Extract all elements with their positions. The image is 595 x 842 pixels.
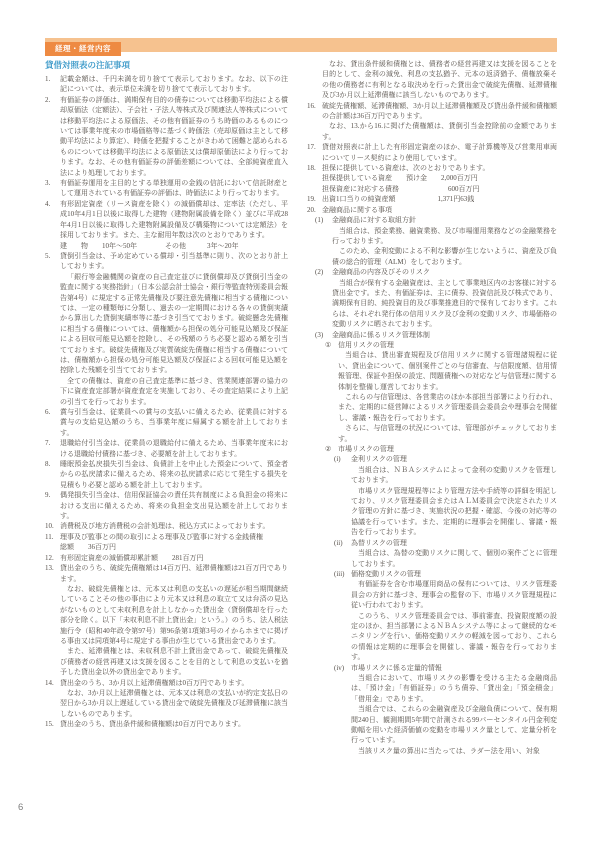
section-tab: 経理・経営内容 bbox=[45, 42, 121, 56]
item-text: 出資1口当りの純資産額 1,371円63銭 bbox=[322, 194, 557, 204]
item-number: (1) bbox=[315, 215, 332, 225]
item-number: 10. bbox=[45, 521, 60, 531]
item-number: 17. bbox=[307, 142, 322, 163]
note-paragraph: 16.破綻先債権額、延滞債権額、3か月以上延滞債権額及び貸出条件緩和債権額の合計… bbox=[307, 101, 557, 122]
item-text: 価格変動リスクの管理 bbox=[351, 569, 557, 579]
note-paragraph: 19.出資1口当りの純資産額 1,371円63銭 bbox=[307, 194, 557, 204]
item-number: ① bbox=[325, 340, 338, 350]
item-number: 5. bbox=[45, 251, 60, 272]
item-number: 2. bbox=[45, 95, 60, 178]
note-paragraph: 1.記載金額は、千円未満を切り捨てて表示しております。なお、以下の注記については… bbox=[45, 74, 288, 95]
item-text: 金融商品の内容及びそのリスク bbox=[332, 267, 557, 277]
report-page: 経理・経営内容 貸借対照表の注記事項 1.記載金額は、千円未満を切り捨てて表示し… bbox=[0, 0, 595, 842]
item-number: 8. bbox=[45, 459, 60, 490]
note-paragraph: 当組合は、為替の変動リスクに関して、個別の案件ごとに管理しております。 bbox=[307, 548, 557, 569]
note-paragraph: 有価証券を含む市場運用商品の保有については、リスク管理委員会の方針に基づき、理事… bbox=[307, 579, 557, 610]
note-paragraph: 当組合において、市場リスクの影響を受ける主たる金融商品は、「預け金」「有価証券」… bbox=[307, 673, 557, 704]
note-paragraph: 当組合では、これらの金融資産及び金融負債について、保有期間240日、観測期間5年… bbox=[307, 704, 557, 746]
note-paragraph: 総額 36百万円 bbox=[45, 542, 288, 552]
note-paragraph: 5.貸倒引当金は、予め定めている償却・引当基準に則り、次のとおり計上しております… bbox=[45, 251, 288, 272]
note-paragraph: (i)金利リスクの管理 bbox=[307, 454, 557, 464]
page-number: 6 bbox=[18, 802, 23, 813]
item-text: 偶発損失引当金は、信用保証協会の責任共有制度による負担金の将来における支出に備え… bbox=[60, 490, 288, 521]
item-text: 貸出金のうち、3か月以上延滞債権額は0百万円であります。 bbox=[60, 678, 288, 688]
item-text: 睡眠預金払戻損失引当金は、負債計上を中止した預金について、預金者からの払戻請求に… bbox=[60, 459, 288, 490]
note-paragraph: ②市場リスクの管理 bbox=[307, 444, 557, 454]
note-paragraph: 6.賞与引当金は、従業員への賞与の支払いに備えるため、従業員に対する賞与の支給見… bbox=[45, 407, 288, 438]
item-number: (ii) bbox=[334, 538, 351, 548]
note-paragraph: 10.消費税及び地方消費税の会計処理は、税込方式によっております。 bbox=[45, 521, 288, 531]
item-text: 賞与引当金は、従業員への賞与の支払いに備えるため、従業員に対する賞与の支給見込額… bbox=[60, 407, 288, 438]
item-text: 担保に提供している資産は、次のとおりであります。 bbox=[322, 163, 557, 173]
note-paragraph: なお、13.から16.に掲げた債権額は、貸倒引当金控除前の金額であります。 bbox=[307, 121, 557, 142]
section-heading: 貸借対照表の注記事項 bbox=[45, 59, 288, 71]
note-paragraph: 市場リスク管理規程等により管理方法や手続等の詳細を明記しており、リスク管理委員会… bbox=[307, 486, 557, 538]
note-paragraph: (1)金融商品に対する取組方針 bbox=[307, 215, 557, 225]
item-number: 1. bbox=[45, 74, 60, 95]
item-text: 有価証券の評価は、満期保有目的の債券については移動平均法による償却原価法（定額法… bbox=[60, 95, 288, 178]
note-paragraph: 9.偶発損失引当金は、信用保証協会の責任共有制度による負担金の将来における支出に… bbox=[45, 490, 288, 521]
item-text: 理事及び監事との間の取引による理事及び監事に対する金銭債権 bbox=[60, 532, 288, 542]
item-number: 14. bbox=[45, 678, 60, 688]
item-number: 16. bbox=[307, 101, 322, 122]
item-text: 金融商品に係るリスク管理体制 bbox=[332, 330, 557, 340]
note-paragraph: 当組合は、貸出審査規程及び信用リスクに関する管理諸規程に従い、貸出金について、個… bbox=[307, 350, 557, 392]
note-paragraph: (iii)価格変動リスクの管理 bbox=[307, 569, 557, 579]
item-number: (i) bbox=[334, 454, 351, 464]
note-paragraph: なお、貸出条件緩和債権とは、債務者の経営再建又は支援を図ることを目的として、金利… bbox=[307, 59, 557, 101]
item-number: 4. bbox=[45, 199, 60, 241]
note-paragraph: 7.退職給付引当金は、従業員の退職給付に備えるため、当事業年度末における退職給付… bbox=[45, 438, 288, 459]
item-text: 金利リスクの管理 bbox=[351, 454, 557, 464]
note-paragraph: なお、破綻先債権とは、元本又は利息の支払いの遅延が相当期間継続していることその他… bbox=[45, 584, 288, 646]
item-text: 市場リスクに係る定量的情報 bbox=[351, 663, 557, 673]
note-paragraph: 担保資産に対応する債務 600百万円 bbox=[307, 184, 557, 194]
item-number: 18. bbox=[307, 163, 322, 173]
note-paragraph: (ii)為替リスクの管理 bbox=[307, 538, 557, 548]
item-number: 12. bbox=[45, 553, 60, 563]
note-paragraph: 4.有形固定資産（リース資産を除く）の減価償却は、定率法（ただし、平成10年4月… bbox=[45, 199, 288, 241]
item-number: 11. bbox=[45, 532, 60, 542]
item-text: 記載金額は、千円未満を切り捨てて表示しております。なお、以下の注記については、表… bbox=[60, 74, 288, 95]
note-paragraph: 20.金融商品に関する事項 bbox=[307, 205, 557, 215]
note-paragraph: 14.貸出金のうち、3か月以上延滞債権額は0百万円であります。 bbox=[45, 678, 288, 688]
note-paragraph: 担保提供している資産 預け金 2,000百万円 bbox=[307, 173, 557, 183]
item-text: 有形固定資産の減価償却累計額 281百万円 bbox=[60, 553, 288, 563]
item-number: (iii) bbox=[334, 569, 351, 579]
note-paragraph: (iv)市場リスクに係る定量的情報 bbox=[307, 663, 557, 673]
note-paragraph: 「銀行等金融機関の資産の自己査定並びに貸倒償却及び貸倒引当金の監査に関する実務指… bbox=[45, 272, 288, 376]
item-number: 6. bbox=[45, 407, 60, 438]
note-paragraph: 建 物 10年～50年 その他 3年～20年 bbox=[45, 241, 288, 251]
item-number: (iv) bbox=[334, 663, 351, 673]
note-paragraph: 当組合が保有する金融資産は、主として事業地区内のお客様に対する貸出金です。また、… bbox=[307, 278, 557, 330]
note-paragraph: 15.貸出金のうち、貸出条件緩和債権額は0百万円であります。 bbox=[45, 719, 288, 729]
note-paragraph: 当組合は、ＮＢＡシステムによって金利の変動リスクを管理しております。 bbox=[307, 465, 557, 486]
note-paragraph: このうち、リスク管理委員会では、事前審査、投資限度額の設定のほか、担当部署による… bbox=[307, 611, 557, 663]
item-text: 貸倒引当金は、予め定めている償却・引当基準に則り、次のとおり計上しております。 bbox=[60, 251, 288, 272]
note-paragraph: 当組合は、預金業務、融資業務、及び市場運用業務などの金融業務を行っております。 bbox=[307, 226, 557, 247]
item-text: 金融商品に関する事項 bbox=[322, 205, 557, 215]
note-paragraph: (3)金融商品に係るリスク管理体制 bbox=[307, 330, 557, 340]
note-paragraph: ①信用リスクの管理 bbox=[307, 340, 557, 350]
left-column: 貸借対照表の注記事項 1.記載金額は、千円未満を切り捨てて表示しております。なお… bbox=[45, 59, 288, 822]
note-paragraph: 8.睡眠預金払戻損失引当金は、負債計上を中止した預金について、預金者からの払戻請… bbox=[45, 459, 288, 490]
note-paragraph: 11.理事及び監事との間の取引による理事及び監事に対する金銭債権 bbox=[45, 532, 288, 542]
note-paragraph: このため、金利変動による不利な影響が生じないように、資産及び負債の総合的管理（A… bbox=[307, 246, 557, 267]
item-number: 15. bbox=[45, 719, 60, 729]
item-text: 信用リスクの管理 bbox=[338, 340, 557, 350]
note-paragraph: (2)金融商品の内容及びそのリスク bbox=[307, 267, 557, 277]
item-number: ② bbox=[325, 444, 338, 454]
note-paragraph: 2.有価証券の評価は、満期保有目的の債券については移動平均法による償却原価法（定… bbox=[45, 95, 288, 178]
note-paragraph: 17.貸借対照表に計上した有形固定資産のほか、電子計算機等及び営業用車両について… bbox=[307, 142, 557, 163]
item-text: 破綻先債権額、延滞債権額、3か月以上延滞債権額及び貸出条件緩和債権額の合計額は3… bbox=[322, 101, 557, 122]
item-number: (2) bbox=[315, 267, 332, 277]
item-text: 貸借対照表に計上した有形固定資産のほか、電子計算機等及び営業用車両についてリース… bbox=[322, 142, 557, 163]
note-paragraph: 13.貸出金のうち、破綻先債権額は14百万円、延滞債権額は21百万円であります。 bbox=[45, 563, 288, 584]
item-text: 市場リスクの管理 bbox=[338, 444, 557, 454]
item-text: 有価証券運用を主目的とする単独運用の金銭の信託において信託財産として運用されてい… bbox=[60, 178, 288, 199]
page-content: 貸借対照表の注記事項 1.記載金額は、千円未満を切り捨てて表示しております。なお… bbox=[45, 59, 557, 822]
right-column: なお、貸出条件緩和債権とは、債務者の経営再建又は支援を図ることを目的として、金利… bbox=[307, 59, 557, 822]
item-text: 金融商品に対する取組方針 bbox=[332, 215, 557, 225]
note-paragraph: 全ての債権は、資産の自己査定基準に基づき、営業関連部署の協力の下に資産査定部署が… bbox=[45, 376, 288, 407]
note-paragraph: 3.有価証券運用を主目的とする単独運用の金銭の信託において信託財産として運用され… bbox=[45, 178, 288, 199]
item-number: (3) bbox=[315, 330, 332, 340]
item-text: 有形固定資産（リース資産を除く）の減価償却は、定率法（ただし、平成10年4月1日… bbox=[60, 199, 288, 241]
note-paragraph: また、延滞債権とは、未収利息不計上貸出金であって、破綻先債権及び債務者の経営再建… bbox=[45, 646, 288, 677]
note-paragraph: 当該リスク量の算出に当たっては、ラダー法を用い、対象 bbox=[307, 746, 557, 756]
item-number: 3. bbox=[45, 178, 60, 199]
right-paragraphs: なお、貸出条件緩和債権とは、債務者の経営再建又は支援を図ることを目的として、金利… bbox=[307, 59, 557, 756]
item-text: 貸出金のうち、破綻先債権額は14百万円、延滞債権額は21百万円であります。 bbox=[60, 563, 288, 584]
note-paragraph: 12.有形固定資産の減価償却累計額 281百万円 bbox=[45, 553, 288, 563]
item-text: 退職給付引当金は、従業員の退職給付に備えるため、当事業年度末における退職給付債務… bbox=[60, 438, 288, 459]
item-number: 19. bbox=[307, 194, 322, 204]
item-text: 貸出金のうち、貸出条件緩和債権額は0百万円であります。 bbox=[60, 719, 288, 729]
left-paragraphs: 1.記載金額は、千円未満を切り捨てて表示しております。なお、以下の注記については… bbox=[45, 74, 288, 730]
note-paragraph: これらの与信管理は、各営業店のほか本部担当部署により行われ、また、定期的に経営陣… bbox=[307, 392, 557, 423]
item-number: 20. bbox=[307, 205, 322, 215]
item-number: 9. bbox=[45, 490, 60, 521]
note-paragraph: 18.担保に提供している資産は、次のとおりであります。 bbox=[307, 163, 557, 173]
item-text: 消費税及び地方消費税の会計処理は、税込方式によっております。 bbox=[60, 521, 288, 531]
item-number: 7. bbox=[45, 438, 60, 459]
note-paragraph: なお、3か月以上延滞債権とは、元本又は利息の支払いが約定支払日の翌日から3か月以… bbox=[45, 688, 288, 719]
item-number: 13. bbox=[45, 563, 60, 584]
note-paragraph: さらに、与信管理の状況については、管理部がチェックしております。 bbox=[307, 423, 557, 444]
item-text: 為替リスクの管理 bbox=[351, 538, 557, 548]
section-tab-bar: 経理・経営内容 bbox=[45, 38, 557, 52]
